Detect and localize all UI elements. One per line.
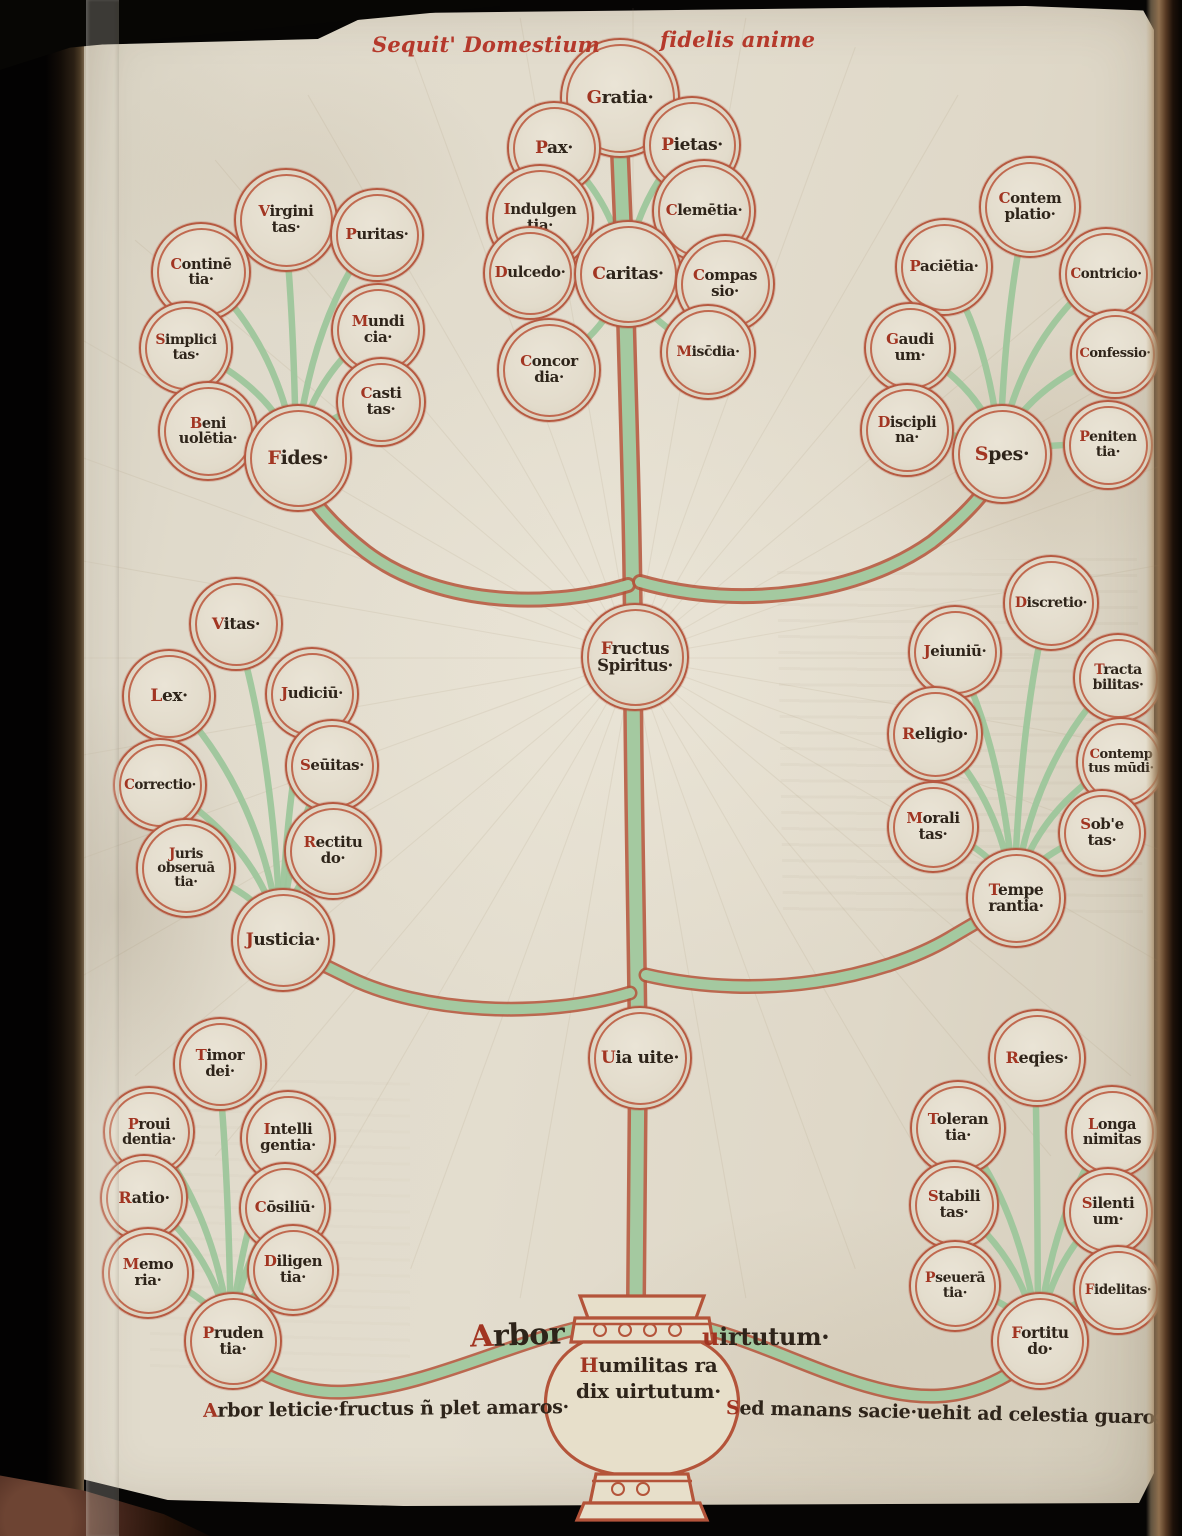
virtue-node-silentium: Silenti um·	[1063, 1167, 1153, 1257]
virtue-node-fortitudo: Fortitu do·	[991, 1292, 1089, 1390]
virtue-node-contricio: Contricio·	[1059, 227, 1153, 321]
virtue-label-memoria: Memo ria·	[121, 1255, 175, 1291]
virtue-node-juris: Juris obseruā tia·	[136, 818, 236, 918]
virtue-label-contricio: Contricio·	[1068, 265, 1143, 283]
virtue-node-concordia: Concor dia·	[497, 318, 601, 422]
virtue-label-continencia: Continē tia·	[169, 255, 234, 290]
virtue-label-paciencia: Paciētia·	[908, 257, 981, 277]
virtue-label-dulcedo: Dulcedo·	[493, 263, 568, 283]
virtue-node-discretio: Discretio·	[1003, 555, 1099, 651]
virtue-label-religio: Religio·	[900, 724, 970, 745]
virtue-node-requies: Reqies·	[988, 1009, 1086, 1107]
virtue-node-longanimitas: Longa nimitas	[1065, 1085, 1159, 1179]
virtue-label-tolerancia: Toleran tia·	[926, 1110, 990, 1146]
virtue-label-justicia: Justicia·	[244, 929, 322, 951]
virtue-label-ratio: Ratio·	[116, 1188, 171, 1209]
virtue-node-penitencia: Peniten tia·	[1063, 400, 1153, 490]
virtue-label-misericordia: Misc̄dia·	[674, 343, 741, 362]
virtue-node-religio: Religio·	[887, 686, 983, 782]
virtue-label-gaudium: Gaudi um·	[884, 330, 936, 366]
virtue-node-jejunium: Jeiuniū·	[908, 605, 1002, 699]
virtue-node-castitas: Casti tas·	[336, 357, 426, 447]
virtue-label-pietas: Pietas·	[659, 134, 725, 156]
virtue-label-moralitas: Morali tas·	[904, 809, 961, 845]
virtue-label-fidelitas: Fidelitas·	[1083, 1281, 1153, 1299]
virtue-label-jejunium: Jeiuniū·	[922, 642, 989, 662]
virtue-label-diligencia: Diligen tia·	[262, 1252, 324, 1288]
virtue-node-via: Uia uite·	[588, 1006, 692, 1110]
virtue-node-justicia: Justicia·	[231, 888, 335, 992]
virtue-node-misericordia: Misc̄dia·	[660, 304, 756, 400]
manuscript-photo: Gratia·Pax·Pietas·Indulgen tia·Clemētia·…	[0, 0, 1182, 1536]
book-spine-edge	[0, 0, 84, 1536]
virtue-label-sobrietas: Sob'e tas·	[1078, 815, 1125, 851]
virtue-label-clemencia: Clemētia·	[664, 201, 745, 221]
virtue-node-caritas: Caritas·	[574, 220, 682, 328]
virtue-label-pax: Pax·	[533, 137, 575, 159]
page-stack-edge	[1146, 0, 1182, 1536]
virtue-label-contemplatio: Contem platio·	[997, 189, 1064, 225]
virtue-node-contemplatio: Contem platio·	[979, 156, 1081, 258]
virtue-node-stabilitas: Stabili tas·	[909, 1160, 999, 1250]
virtue-node-perseverancia: Pseuerā tia·	[909, 1240, 1001, 1332]
virtue-node-virginitas: Virgini tas·	[234, 168, 338, 272]
virtue-label-perseverancia: Pseuerā tia·	[923, 1269, 987, 1303]
virtue-node-severitas: Seūitas·	[285, 719, 379, 813]
virtue-label-mundicia: Mundi cia·	[350, 312, 407, 348]
header-rubric-right: fidelis anime	[660, 27, 815, 52]
virtue-node-spes: Spes·	[952, 404, 1052, 504]
virtue-label-spes: Spes·	[973, 442, 1031, 466]
virtue-label-correctio: Correctio·	[122, 776, 198, 794]
virtue-label-lex: Lex·	[148, 685, 189, 707]
virtue-node-temperantia: Tempe rantia·	[966, 848, 1066, 948]
virtue-label-vitas: Vitas·	[210, 614, 262, 635]
virtue-label-fides: Fides·	[266, 446, 331, 470]
virtue-label-judicium: Judiciū·	[279, 684, 345, 704]
virtue-medallions: Gratia·Pax·Pietas·Indulgen tia·Clemētia·…	[0, 0, 1182, 1536]
virtue-label-compassio: Compas sio·	[691, 266, 759, 302]
virtue-label-benivolencia: Beni uolētia·	[177, 414, 239, 449]
virtue-label-timor: Timor dei·	[194, 1046, 247, 1082]
virtue-node-lex: Lex·	[122, 649, 216, 743]
virtue-label-penitencia: Peniten tia·	[1077, 428, 1138, 462]
virtue-node-timor: Timor dei·	[173, 1017, 267, 1111]
virtue-label-concordia: Concor dia·	[518, 352, 580, 388]
virtue-label-gratia: Gratia·	[585, 86, 656, 109]
virtue-node-gaudium: Gaudi um·	[864, 302, 956, 394]
virtue-label-virginitas: Virgini tas·	[257, 202, 316, 238]
virtue-node-dulcedo: Dulcedo·	[483, 226, 577, 320]
virtue-label-fructus: Fructus Spiritus·	[595, 638, 675, 677]
virtue-node-sobrietas: Sob'e tas·	[1058, 789, 1146, 877]
virtue-node-prudencia: Pruden tia·	[184, 1292, 282, 1390]
trunk-word-arbor: Arbor	[469, 1316, 565, 1354]
virtue-label-rectitudo: Rectitu do·	[302, 833, 365, 869]
trunk-word-virtutum: uirtutum·	[702, 1322, 829, 1351]
virtue-node-benivolencia: Beni uolētia·	[158, 381, 258, 481]
virtue-label-confessio: Confessio·	[1077, 345, 1152, 363]
virtue-label-longanimitas: Longa nimitas	[1081, 1115, 1143, 1150]
virtue-label-consilium: Cōsiliū·	[253, 1198, 317, 1218]
virtue-label-puritas: Puritas·	[344, 225, 411, 245]
virtue-node-fructus: Fructus Spiritus·	[581, 603, 689, 711]
virtue-node-disciplina: Discipli na·	[860, 383, 954, 477]
virtue-label-stabilitas: Stabili tas·	[926, 1187, 982, 1223]
root-label-humilitas: Humilitas ra dix uirtutum·	[566, 1352, 731, 1404]
caption-left: Arbor leticie·fructus ñ plet amaros·	[203, 1396, 569, 1422]
virtue-label-prudencia: Pruden tia·	[201, 1323, 266, 1360]
virtue-label-simplicitas: Simplici tas·	[153, 331, 218, 365]
virtue-label-tractabilitas: Tracta bilitas·	[1091, 661, 1146, 695]
header-rubric-left: Sequit' Domestium	[372, 32, 600, 57]
virtue-label-providencia: Proui dentia·	[120, 1115, 178, 1150]
virtue-label-intelligencia: Intelli gentia·	[258, 1120, 318, 1156]
virtue-label-requies: Reqies·	[1004, 1048, 1071, 1069]
virtue-label-discretio: Discretio·	[1013, 594, 1089, 613]
virtue-label-fortitudo: Fortitu do·	[1009, 1323, 1070, 1360]
virtue-node-fides: Fides·	[244, 404, 352, 512]
virtue-label-temperantia: Tempe rantia·	[986, 880, 1045, 917]
virtue-label-juris: Juris obseruā tia·	[155, 845, 217, 892]
virtue-label-caritas: Caritas·	[590, 263, 665, 285]
virtue-label-severitas: Seūitas·	[298, 756, 366, 776]
virtue-node-vitas: Vitas·	[189, 577, 283, 671]
virtue-node-puritas: Puritas·	[330, 188, 424, 282]
virtue-node-simplicitas: Simplici tas·	[139, 301, 233, 395]
bookmark-ribbon	[86, 0, 119, 1536]
virtue-node-rectitudo: Rectitu do·	[284, 802, 382, 900]
virtue-label-castitas: Casti tas·	[359, 384, 404, 420]
virtue-label-disciplina: Discipli na·	[876, 413, 939, 448]
virtue-node-moralitas: Morali tas·	[887, 781, 979, 873]
virtue-label-via: Uia uite·	[599, 1047, 681, 1069]
virtue-label-silentium: Silenti um·	[1080, 1194, 1137, 1230]
